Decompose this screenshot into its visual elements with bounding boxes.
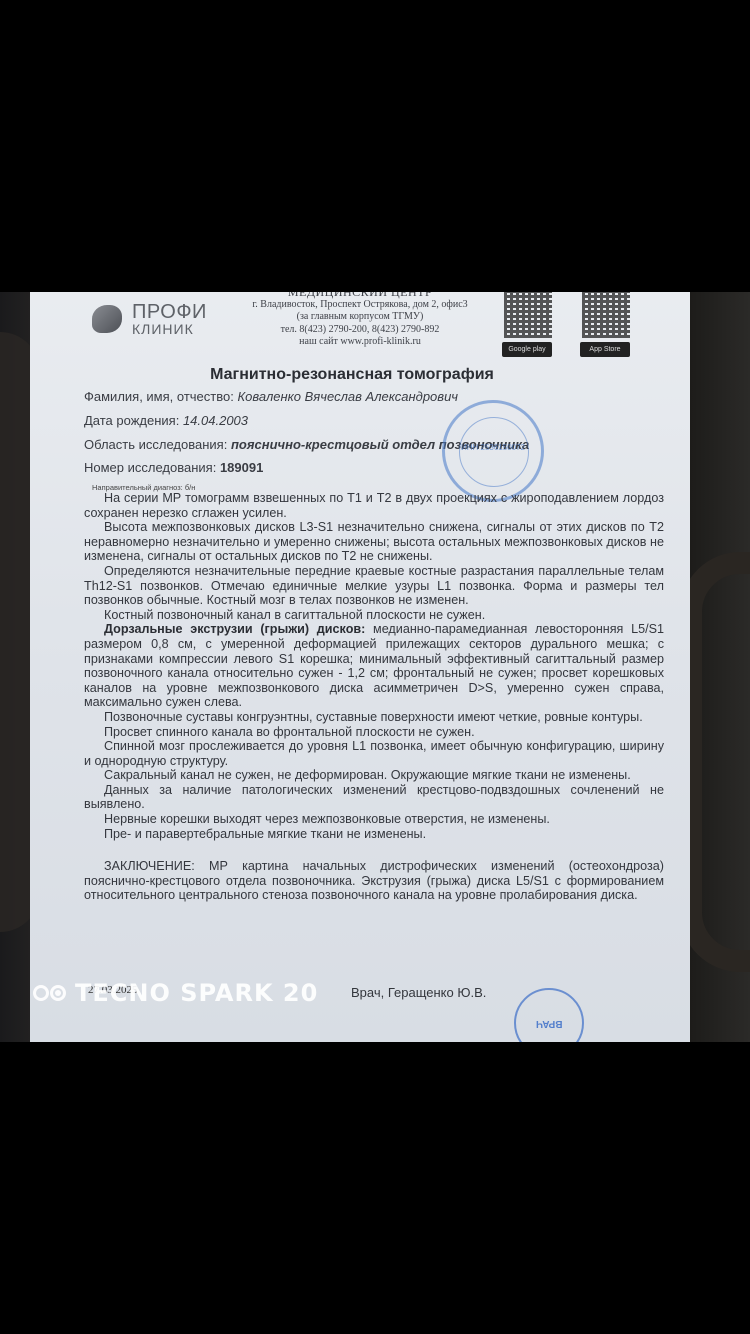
paragraph: Просвет спинного канала во фронтальной п… [84, 725, 664, 740]
document-header: ПРОФИ КЛИНИК МЕДИЦИНСКИЙ ЦЕНТР г. Владив… [30, 292, 690, 358]
dob-label: Дата рождения: [84, 413, 179, 428]
patient-name-value: Коваленко Вячеслав Александрович [237, 389, 458, 404]
watermark-text: TECNO SPARK 20 [75, 979, 318, 1007]
steering-wheel-right [680, 552, 750, 972]
paragraph: Пре- и паравертебральные мягкие ткани не… [84, 827, 664, 842]
camera-watermark: TECNO SPARK 20 [33, 979, 318, 1007]
clinic-logo: ПРОФИ КЛИНИК [92, 302, 207, 336]
document-title: Магнитно-резонансная томография [30, 366, 674, 384]
google-play-badge: Google play [502, 342, 552, 357]
conclusion: ЗАКЛЮЧЕНИЕ: МР картина начальных дистроф… [84, 859, 664, 903]
dob-field: Дата рождения: 14.04.2003 [84, 413, 248, 428]
doctor-stamp: ВРАЧ [514, 988, 584, 1058]
qr-code-google-icon [504, 292, 552, 338]
paragraph: Позвоночные суставы конгруэнтны, суставн… [84, 710, 664, 725]
clinic-website: наш сайт www.profi-klinik.ru [240, 336, 480, 349]
mri-report-document: ПРОФИ КЛИНИК МЕДИЦИНСКИЙ ЦЕНТР г. Владив… [30, 292, 690, 1042]
logo-icon [92, 305, 122, 333]
study-number-value: 189091 [220, 460, 263, 475]
paragraph: Спинной мозг прослеживается до уровня L1… [84, 739, 664, 768]
clinic-phones: тел. 8(423) 2790-200, 8(423) 2790-892 [240, 324, 480, 337]
qr-code-apple-icon [582, 292, 630, 338]
doctor-stamp-text: ВРАЧ [536, 990, 563, 1056]
patient-name-field: Фамилия, имя, отчество: Коваленко Вячесл… [84, 389, 458, 404]
stamp-inn: ИНН 2536150072 [445, 443, 541, 452]
logo-line2: КЛИНИК [132, 322, 207, 336]
paragraph: Высота межпозвонковых дисков L3-S1 незна… [84, 520, 664, 564]
paragraph: Данных за наличие патологических изменен… [84, 783, 664, 812]
paragraph: Сакральный канал не сужен, не деформиров… [84, 768, 664, 783]
study-number-label: Номер исследования: [84, 460, 216, 475]
doctor-signature: Врач, Геращенко Ю.В. [351, 985, 486, 1000]
app-store-badge: App Store [580, 342, 630, 357]
paragraph: На серии МР томограмм взвешенных по Т1 и… [84, 491, 664, 520]
paragraph: Костный позвоночный канал в сагиттальной… [84, 608, 664, 623]
logo-line1: ПРОФИ [132, 302, 207, 322]
clinic-address: г. Владивосток, Проспект Острякова, дом … [240, 299, 480, 312]
extrusion-label: Дорзальные экструзии (грыжи) дисков: [104, 622, 365, 636]
clinic-stamp: ИНН 2536150072 [442, 400, 544, 502]
paragraph: Определяются незначительные передние кра… [84, 564, 664, 608]
extrusion-paragraph: Дорзальные экструзии (грыжи) дисков: мед… [84, 622, 664, 710]
dual-camera-icon [33, 985, 67, 1001]
clinic-title: МЕДИЦИНСКИЙ ЦЕНТР [240, 286, 480, 299]
clinic-address-note: (за главным корпусом ТГМУ) [240, 311, 480, 324]
patient-name-label: Фамилия, имя, отчество: [84, 389, 234, 404]
study-area-label: Область исследования: [84, 437, 227, 452]
report-body: На серии МР томограмм взвешенных по Т1 и… [84, 491, 664, 903]
study-number-field: Номер исследования: 189091 [84, 460, 263, 475]
dob-value: 14.04.2003 [183, 413, 248, 428]
clinic-info: МЕДИЦИНСКИЙ ЦЕНТР г. Владивосток, Проспе… [240, 286, 480, 349]
paragraph: Нервные корешки выходят через межпозвонк… [84, 812, 664, 827]
